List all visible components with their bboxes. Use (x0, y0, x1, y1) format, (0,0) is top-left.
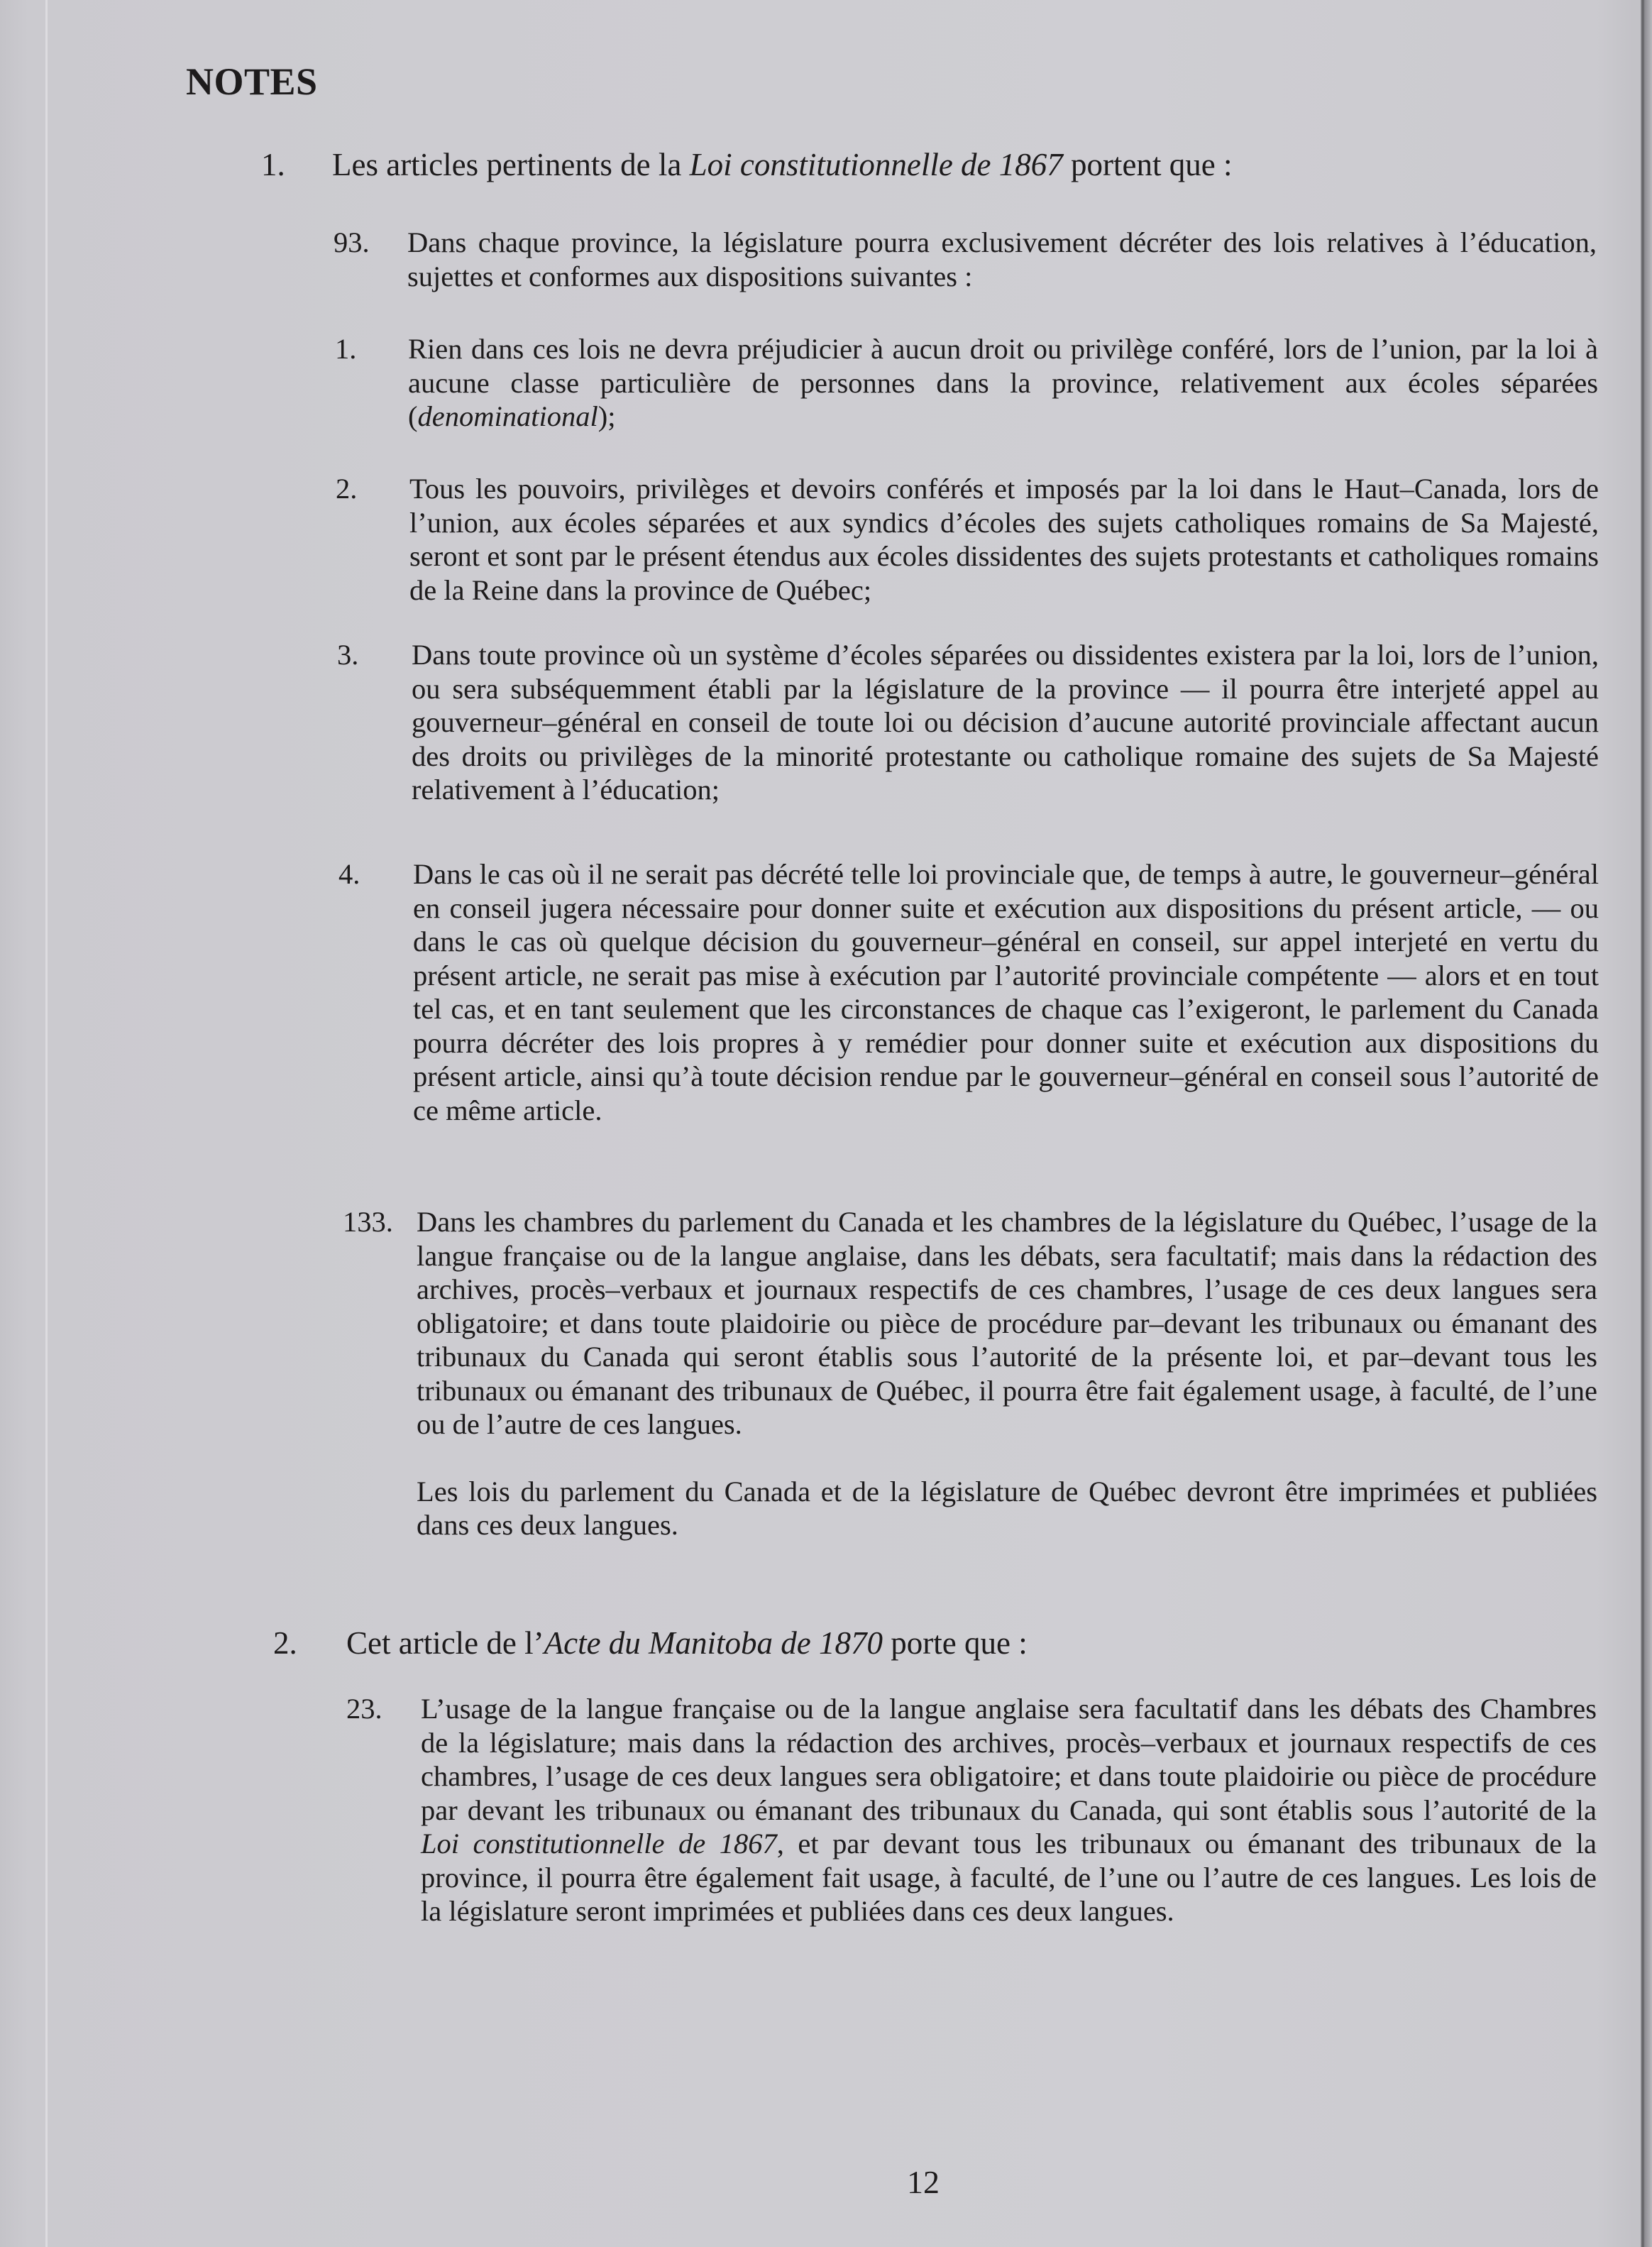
subitem-text: Rien dans ces lois ne devra préjudicier … (408, 332, 1598, 434)
section-heading: NOTES (186, 60, 318, 104)
article-paragraph: Dans chaque province, la législature pou… (407, 226, 1597, 293)
subitem-paragraph: Tous les pouvoirs, privilèges et devoirs… (409, 472, 1599, 607)
article-text-part: L’usage de la langue française ou de la … (421, 1693, 1597, 1826)
subitem-number: 3. (337, 638, 358, 672)
article-number: 133. (343, 1205, 393, 1239)
note-intro-text: Les articles pertinents de la (332, 147, 690, 182)
law-title: Acte du Manitoba de 1870 (544, 1625, 883, 1661)
subitem-number: 4. (338, 857, 360, 891)
note-intro: Cet article de l’Acte du Manitoba de 187… (346, 1625, 1028, 1661)
subitem-text: Dans toute province où un système d’écol… (412, 638, 1599, 807)
page-left-edge (45, 0, 48, 2247)
note-number: 1. (261, 147, 285, 182)
subitem-text: Tous les pouvoirs, privilèges et devoirs… (409, 472, 1599, 607)
article-paragraph: Les lois du parlement du Canada et de la… (417, 1475, 1597, 1542)
article-text: Dans chaque province, la législature pou… (407, 226, 1597, 293)
article-number: 23. (346, 1692, 382, 1726)
subitem-text: Dans le cas où il ne serait pas décrété … (413, 857, 1599, 1127)
law-title: Loi constitutionnelle de 1867 (690, 147, 1063, 182)
page-binding-edge (1641, 0, 1652, 2247)
italic-term: denominational (418, 400, 598, 432)
subitem-paragraph: Dans toute province où un système d’écol… (412, 638, 1599, 807)
article-text: L’usage de la langue française ou de la … (421, 1692, 1597, 1928)
subitem-paragraph: Rien dans ces lois ne devra préjudicier … (408, 332, 1598, 434)
note-number: 2. (273, 1625, 297, 1661)
page-number: 12 (907, 2163, 940, 2201)
law-title: Loi constitutionnelle de 1867 (421, 1828, 777, 1859)
subitem-paragraph: Dans le cas où il ne serait pas décrété … (413, 857, 1599, 1127)
article-paragraph: Dans les chambres du parlement du Canada… (417, 1205, 1597, 1441)
article-paragraph: L’usage de la langue française ou de la … (421, 1692, 1597, 1928)
subitem-number: 1. (335, 332, 356, 366)
subitem-number: 2. (336, 472, 357, 506)
note-intro-text: porte que : (883, 1625, 1028, 1661)
note-intro-text: Cet article de l’ (346, 1625, 544, 1661)
note-intro: Les articles pertinents de la Loi consti… (332, 147, 1232, 182)
article-number: 93. (334, 226, 370, 260)
document-page: NOTES 1. Les articles pertinents de la L… (0, 0, 1652, 2247)
note-intro-text: portent que : (1063, 147, 1233, 182)
subitem-text-part: ); (598, 400, 616, 432)
article-text: Dans les chambres du parlement du Canada… (417, 1205, 1597, 1542)
